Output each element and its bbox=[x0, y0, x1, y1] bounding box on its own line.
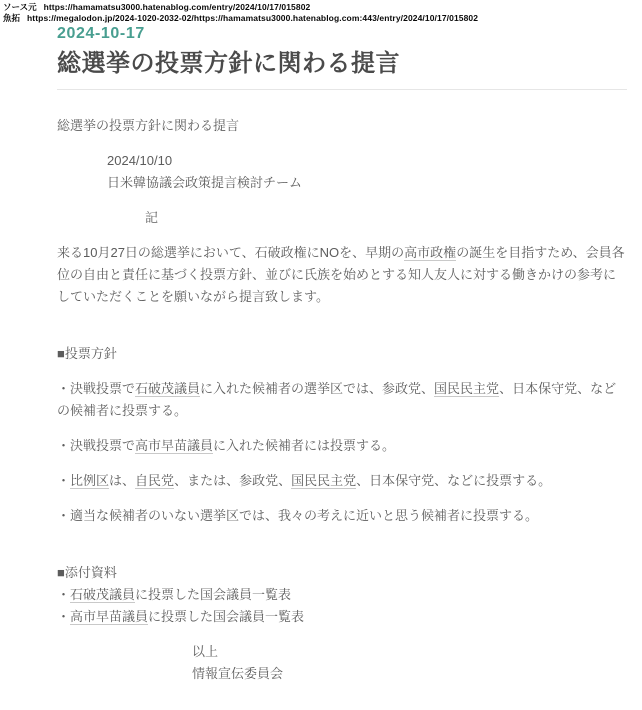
doc-paragraph: ・高市早苗議員に投票した国会議員一覧表 bbox=[57, 606, 627, 628]
entry-date-link[interactable]: 2024-10-17 bbox=[57, 26, 145, 42]
underlined-term: 高市早苗議員 bbox=[135, 438, 213, 454]
document-body: 総選挙の投票方針に関わる提言2024/10/10日米韓協議会政策提言検討チーム記… bbox=[57, 90, 627, 685]
text-run: に投票した国会議員一覧表 bbox=[135, 587, 291, 602]
text-run: 、日本保守党、などに投票する。 bbox=[356, 473, 551, 488]
text-run: 、または、参政党、 bbox=[174, 473, 291, 488]
doc-paragraph: ■添付資料 bbox=[57, 562, 627, 584]
archive-url: https://megalodon.jp/2024-1020-2032-02/h… bbox=[27, 13, 478, 23]
doc-paragraph: ・決戦投票で石破茂議員に入れた候補者の選挙区では、参政党、国民民主党、日本保守党… bbox=[57, 378, 627, 422]
text-run: は、 bbox=[109, 473, 135, 488]
text-run: に入れた候補者には投票する。 bbox=[213, 438, 395, 453]
blog-entry: 2024-10-17 総選挙の投票方針に関わる提言 総選挙の投票方針に関わる提言… bbox=[0, 24, 642, 685]
doc-paragraph: 情報宣伝委員会 bbox=[57, 663, 627, 685]
archive-annotation-line: 魚拓https://megalodon.jp/2024-1020-2032-02… bbox=[3, 13, 642, 24]
text-run: ・適当な候補者のいない選挙区では、我々の考えに近いと思う候補者に投票する。 bbox=[57, 508, 538, 523]
text-run: ・決戦投票で bbox=[57, 381, 135, 396]
archive-label: 魚拓 bbox=[3, 13, 20, 23]
entry-title[interactable]: 総選挙の投票方針に関わる提言 bbox=[57, 51, 627, 77]
source-url: https://hamamatsu3000.hatenablog.com/ent… bbox=[44, 2, 311, 12]
text-run: 記 bbox=[145, 210, 158, 225]
doc-paragraph: 2024/10/10 bbox=[57, 150, 627, 172]
text-run: 日米韓協議会政策提言検討チーム bbox=[107, 175, 302, 190]
text-run: 2024/10/10 bbox=[107, 153, 172, 168]
source-annotation-line: ソース元https://hamamatsu3000.hatenablog.com… bbox=[3, 2, 642, 13]
page: ソース元https://hamamatsu3000.hatenablog.com… bbox=[0, 0, 642, 710]
doc-paragraph: ■投票方針 bbox=[57, 343, 627, 365]
doc-paragraph: 日米韓協議会政策提言検討チーム bbox=[57, 172, 627, 194]
text-run: ■添付資料 bbox=[57, 565, 117, 580]
doc-paragraph: ・石破茂議員に投票した国会議員一覧表 bbox=[57, 584, 627, 606]
doc-paragraph: 以上 bbox=[57, 641, 627, 663]
archive-annotations: ソース元https://hamamatsu3000.hatenablog.com… bbox=[0, 0, 642, 24]
underlined-term: 石破茂議員 bbox=[70, 587, 135, 603]
text-run: 来る10月27日の総選挙において、石破政権にNOを、早期の bbox=[57, 245, 404, 260]
text-run: 総選挙の投票方針に関わる提言 bbox=[57, 118, 239, 133]
doc-paragraph: ・比例区は、自民党、または、参政党、国民民主党、日本保守党、などに投票する。 bbox=[57, 470, 627, 492]
doc-paragraph: ・決戦投票で高市早苗議員に入れた候補者には投票する。 bbox=[57, 435, 627, 457]
source-label: ソース元 bbox=[3, 2, 37, 12]
underlined-term: 比例区 bbox=[70, 473, 109, 489]
underlined-term: 高市政権 bbox=[404, 245, 456, 261]
doc-paragraph: 総選挙の投票方針に関わる提言 bbox=[57, 115, 627, 137]
text-run: ■投票方針 bbox=[57, 346, 117, 361]
text-run: ・決戦投票で bbox=[57, 438, 135, 453]
underlined-term: 国民民主党 bbox=[434, 381, 499, 397]
text-run: 以上 bbox=[192, 644, 218, 659]
underlined-term: 自民党 bbox=[135, 473, 174, 489]
underlined-term: 石破茂議員 bbox=[135, 381, 200, 397]
text-run: に投票した国会議員一覧表 bbox=[148, 609, 304, 624]
text-run: ・ bbox=[57, 609, 70, 624]
text-run: ・ bbox=[57, 473, 70, 488]
underlined-term: 国民民主党 bbox=[291, 473, 356, 489]
doc-paragraph: 記 bbox=[57, 207, 627, 229]
doc-paragraph: ・適当な候補者のいない選挙区では、我々の考えに近いと思う候補者に投票する。 bbox=[57, 505, 627, 527]
doc-paragraph: 来る10月27日の総選挙において、石破政権にNOを、早期の高市政権の誕生を目指す… bbox=[57, 242, 627, 308]
text-run: 情報宣伝委員会 bbox=[192, 666, 283, 681]
underlined-term: 高市早苗議員 bbox=[70, 609, 148, 625]
text-run: ・ bbox=[57, 587, 70, 602]
text-run: に入れた候補者の選挙区では、参政党、 bbox=[200, 381, 434, 396]
